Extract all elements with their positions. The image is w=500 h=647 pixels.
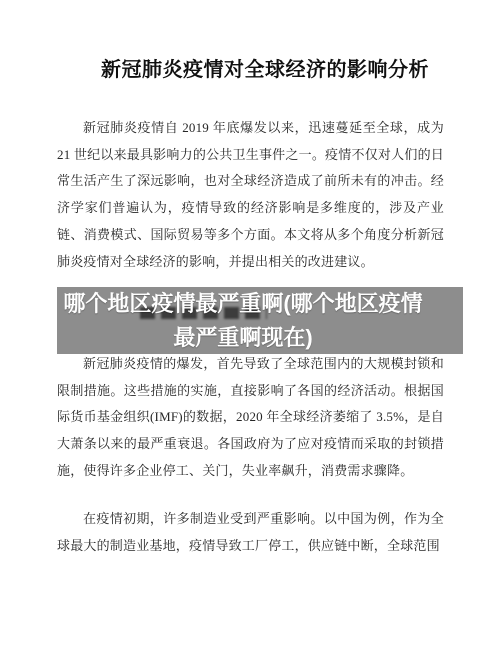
keyword-overlay-banner: 哪个地区疫情最严重啊(哪个地区疫情最严重啊现在) (57, 287, 463, 354)
document-page: 新冠肺炎疫情对全球经济的影响分析 新冠肺炎疫情自 2019 年底爆发以来，迅速蔓… (0, 0, 500, 647)
page-title: 新冠肺炎疫情对全球经济的影响分析 (72, 58, 458, 83)
paragraph-manufacturing-impact: 在疫情初期，许多制造业受到严重影响。以中国为例，作为全球最大的制造业基地，疫情导… (57, 506, 444, 559)
paragraph-intro: 新冠肺炎疫情自 2019 年底爆发以来，迅速蔓延至全球，成为 21 世纪以来最具… (57, 115, 444, 275)
banner-text: 哪个地区疫情最严重啊(哪个地区疫情最严重啊现在) (58, 287, 428, 355)
paragraph-lockdown-impact: 新冠肺炎疫情的爆发，首先导致了全球范围内的大规模封锁和限制措施。这些措施的实施，… (57, 351, 444, 485)
